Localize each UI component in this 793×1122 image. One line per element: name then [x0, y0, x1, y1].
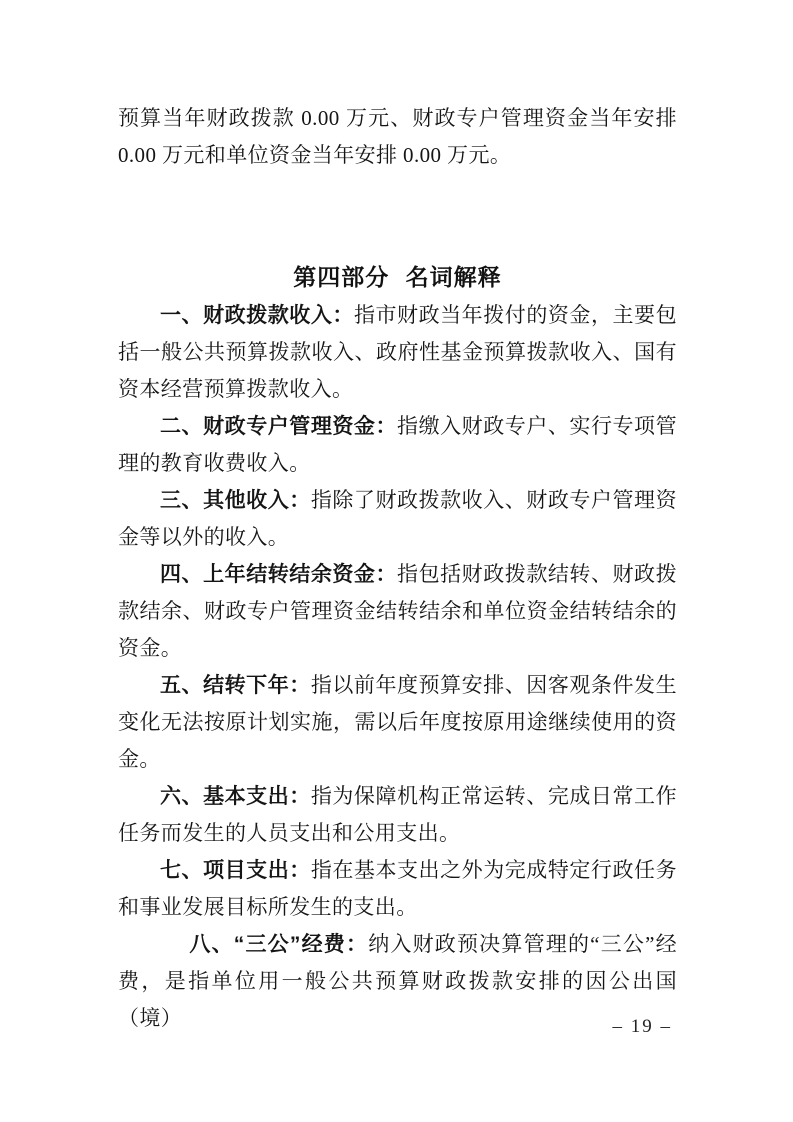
- definition-label: 六、基本支出：: [160, 785, 311, 808]
- document-content: 预算当年财政拨款 0.00 万元、财政专户管理资金当年安排 0.00 万元和单位…: [118, 100, 677, 1037]
- definition-label: 三、其他收入：: [160, 489, 311, 512]
- definition-label: 七、项目支出：: [160, 859, 311, 882]
- definition-label: 一、财政拨款收入：: [160, 304, 354, 327]
- definition-item: 一、财政拨款收入：指市财政当年拨付的资金，主要包括一般公共预算拨款收入、政府性基…: [118, 297, 677, 408]
- section-title: 第四部分 名词解释: [118, 262, 677, 292]
- definition-label: 五、结转下年：: [160, 674, 311, 697]
- intro-paragraph: 预算当年财政拨款 0.00 万元、财政专户管理资金当年安排 0.00 万元和单位…: [118, 100, 677, 174]
- definition-item: 八、“三公”经费：纳入财政预决算管理的“三公”经费，是指单位用一般公共预算财政拨…: [118, 926, 677, 1037]
- definition-item: 六、基本支出：指为保障机构正常运转、完成日常工作任务而发生的人员支出和公用支出。: [118, 778, 677, 852]
- definition-item: 七、项目支出：指在基本支出之外为完成特定行政任务和事业发展目标所发生的支出。: [118, 852, 677, 926]
- definition-label: 二、财政专户管理资金：: [160, 415, 397, 438]
- definition-label: 八、“三公”经费：: [189, 933, 368, 956]
- definition-item: 三、其他收入：指除了财政拨款收入、财政专户管理资金等以外的收入。: [118, 482, 677, 556]
- definition-item: 五、结转下年：指以前年度预算安排、因客观条件发生变化无法按原计划实施，需以后年度…: [118, 667, 677, 778]
- definition-label: 四、上年结转结余资金：: [160, 563, 397, 586]
- page-number: – 19 –: [613, 1016, 673, 1038]
- definition-item: 二、财政专户管理资金：指缴入财政专户、实行专项管理的教育收费收入。: [118, 408, 677, 482]
- document-page: 预算当年财政拨款 0.00 万元、财政专户管理资金当年安排 0.00 万元和单位…: [0, 0, 793, 1122]
- definition-item: 四、上年结转结余资金：指包括财政拨款结转、财政拨款结余、财政专户管理资金结转结余…: [118, 556, 677, 667]
